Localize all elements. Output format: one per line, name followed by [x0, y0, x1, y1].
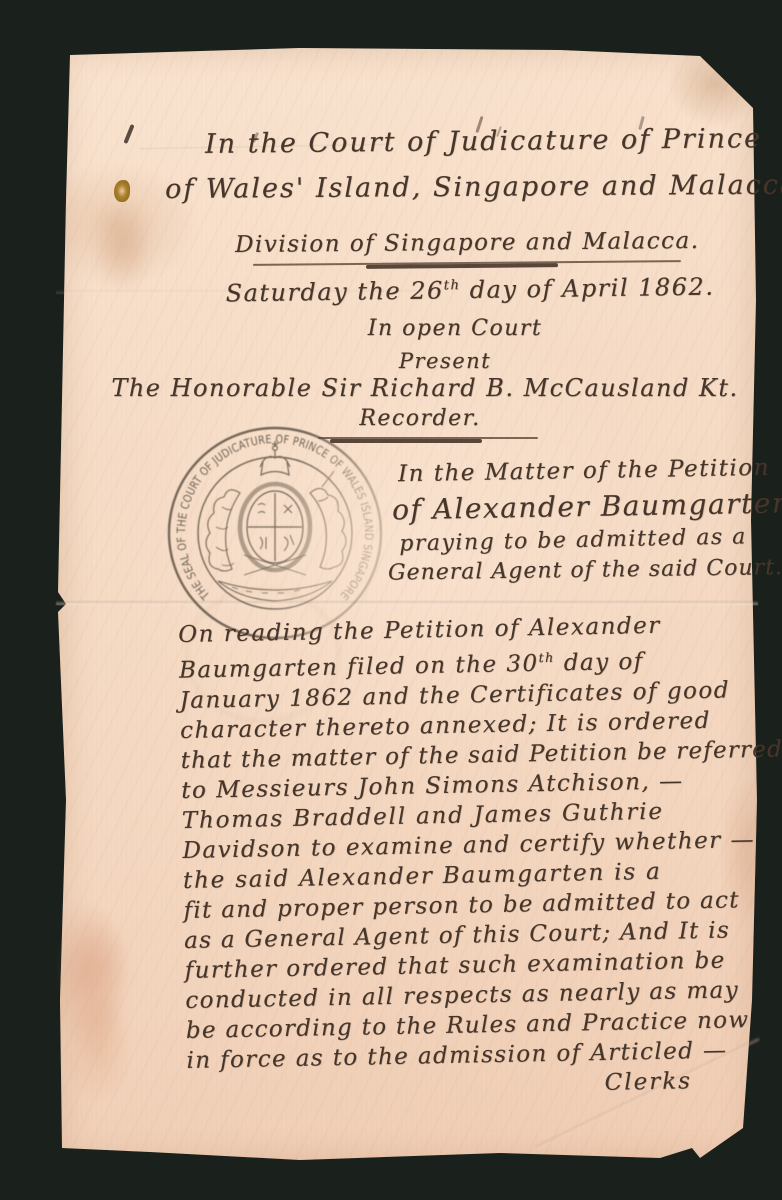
- court-title-line-2: of Wales' Island, Singapore and Malacca.: [165, 170, 725, 205]
- present-line: Present: [320, 349, 570, 373]
- body-line-superscript: th: [538, 650, 555, 665]
- wax-spot: [114, 180, 130, 202]
- petition-line-2: of Alexander Baumgarten: [392, 487, 778, 527]
- body-line-post: day of: [555, 649, 644, 677]
- order-body: On reading the Petition of Alexander Bau…: [178, 608, 782, 1105]
- royal-coat-of-arms-icon: THE SEAL OF THE COURT OF JUDICATURE OF P…: [169, 428, 381, 638]
- date-superscript: th: [444, 278, 461, 293]
- open-court-line: In open Court: [280, 316, 630, 341]
- date-post: day of April 1862.: [460, 273, 714, 305]
- judge-line: The Honorable Sir Richard B. McCausland …: [95, 374, 755, 402]
- date-pre: Saturday the 26: [225, 276, 444, 307]
- division-line: Division of Singapore and Malacca.: [235, 228, 695, 258]
- court-title-line-1: In the Court of Judicature of Prince: [205, 123, 760, 160]
- body-line-pre: Baumgarten filed on the 30: [179, 651, 539, 684]
- photograph-background: In the Court of Judicature of Prince of …: [0, 0, 782, 1200]
- petition-line-4: General Agent of the said Court.: [388, 555, 763, 585]
- court-seal-stamp: THE SEAL OF THE COURT OF JUDICATURE OF P…: [160, 423, 390, 643]
